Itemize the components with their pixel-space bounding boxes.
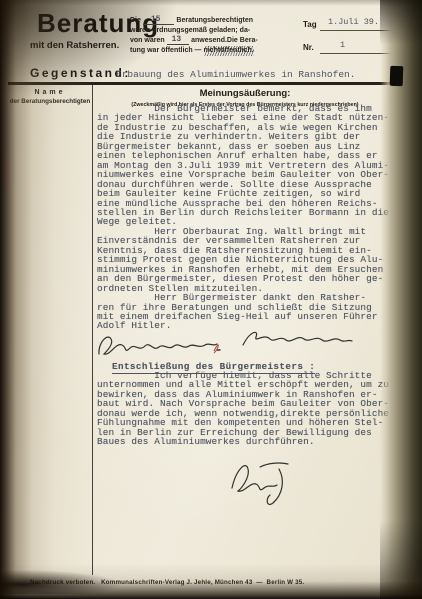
name-column-subtitle: der Beratungsberechtigten: [8, 98, 92, 105]
subject-value: Erbauung des Aluminiumwerkes in Ranshofe…: [116, 69, 355, 80]
attendance-clause: Die 15 Beratungsberechtigten waren ordnu…: [130, 16, 264, 56]
present-count-field: 13: [167, 36, 190, 45]
attendance-line3-pre: von waren: [130, 37, 165, 44]
attendance-prefix: Die: [130, 17, 141, 24]
nr-label: Nr.: [303, 43, 314, 52]
form-subtitle: mit den Ratsherren.: [30, 40, 119, 51]
name-column-header: Name der Beratungsberechtigten: [8, 89, 92, 105]
nr-value: 1: [340, 40, 345, 50]
attendance-line2: waren ordnungsgemäß geladen; da-: [130, 26, 264, 36]
councilman-signature-right: [240, 327, 355, 353]
tag-label: Tag: [303, 20, 317, 29]
minutes-typed-text: Der Bürgermeister bemerkt, dass es ihm i…: [97, 104, 389, 331]
attendance-line4-pre: tung war öffentlich —: [130, 47, 204, 54]
opinion-column-title: Meinungsäußerung:: [95, 88, 395, 99]
printer-imprint: Nachdruck verboten. Kommunalschriften-Ve…: [30, 579, 304, 586]
edge-ink-mark: [390, 66, 404, 86]
resolution-typed-text: Ich verfüge hiemit, dass alle Schritte u…: [97, 371, 389, 447]
scanned-minutes-page: Beratung mit den Ratsherren. Die 15 Bera…: [0, 0, 422, 599]
mayor-signature: [222, 444, 304, 510]
table-column-divider: [92, 85, 93, 575]
invited-count-field: 15: [143, 16, 175, 25]
struck-word-nichtoeffentlich: nichtöffentlich.: [204, 46, 254, 56]
tag-value: 1.Juli 39.: [328, 17, 379, 27]
name-column-title: Name: [8, 89, 92, 96]
attendance-line3-post: anwesend.Die Bera-: [191, 37, 258, 44]
attendance-line1: Beratungsberechtigten: [176, 17, 253, 24]
nr-blank-line: [320, 53, 392, 54]
red-correction-mark: [212, 341, 221, 354]
tag-blank-line: [320, 30, 396, 31]
table-top-rule: [8, 82, 397, 85]
shadow-top: [0, 0, 422, 6]
